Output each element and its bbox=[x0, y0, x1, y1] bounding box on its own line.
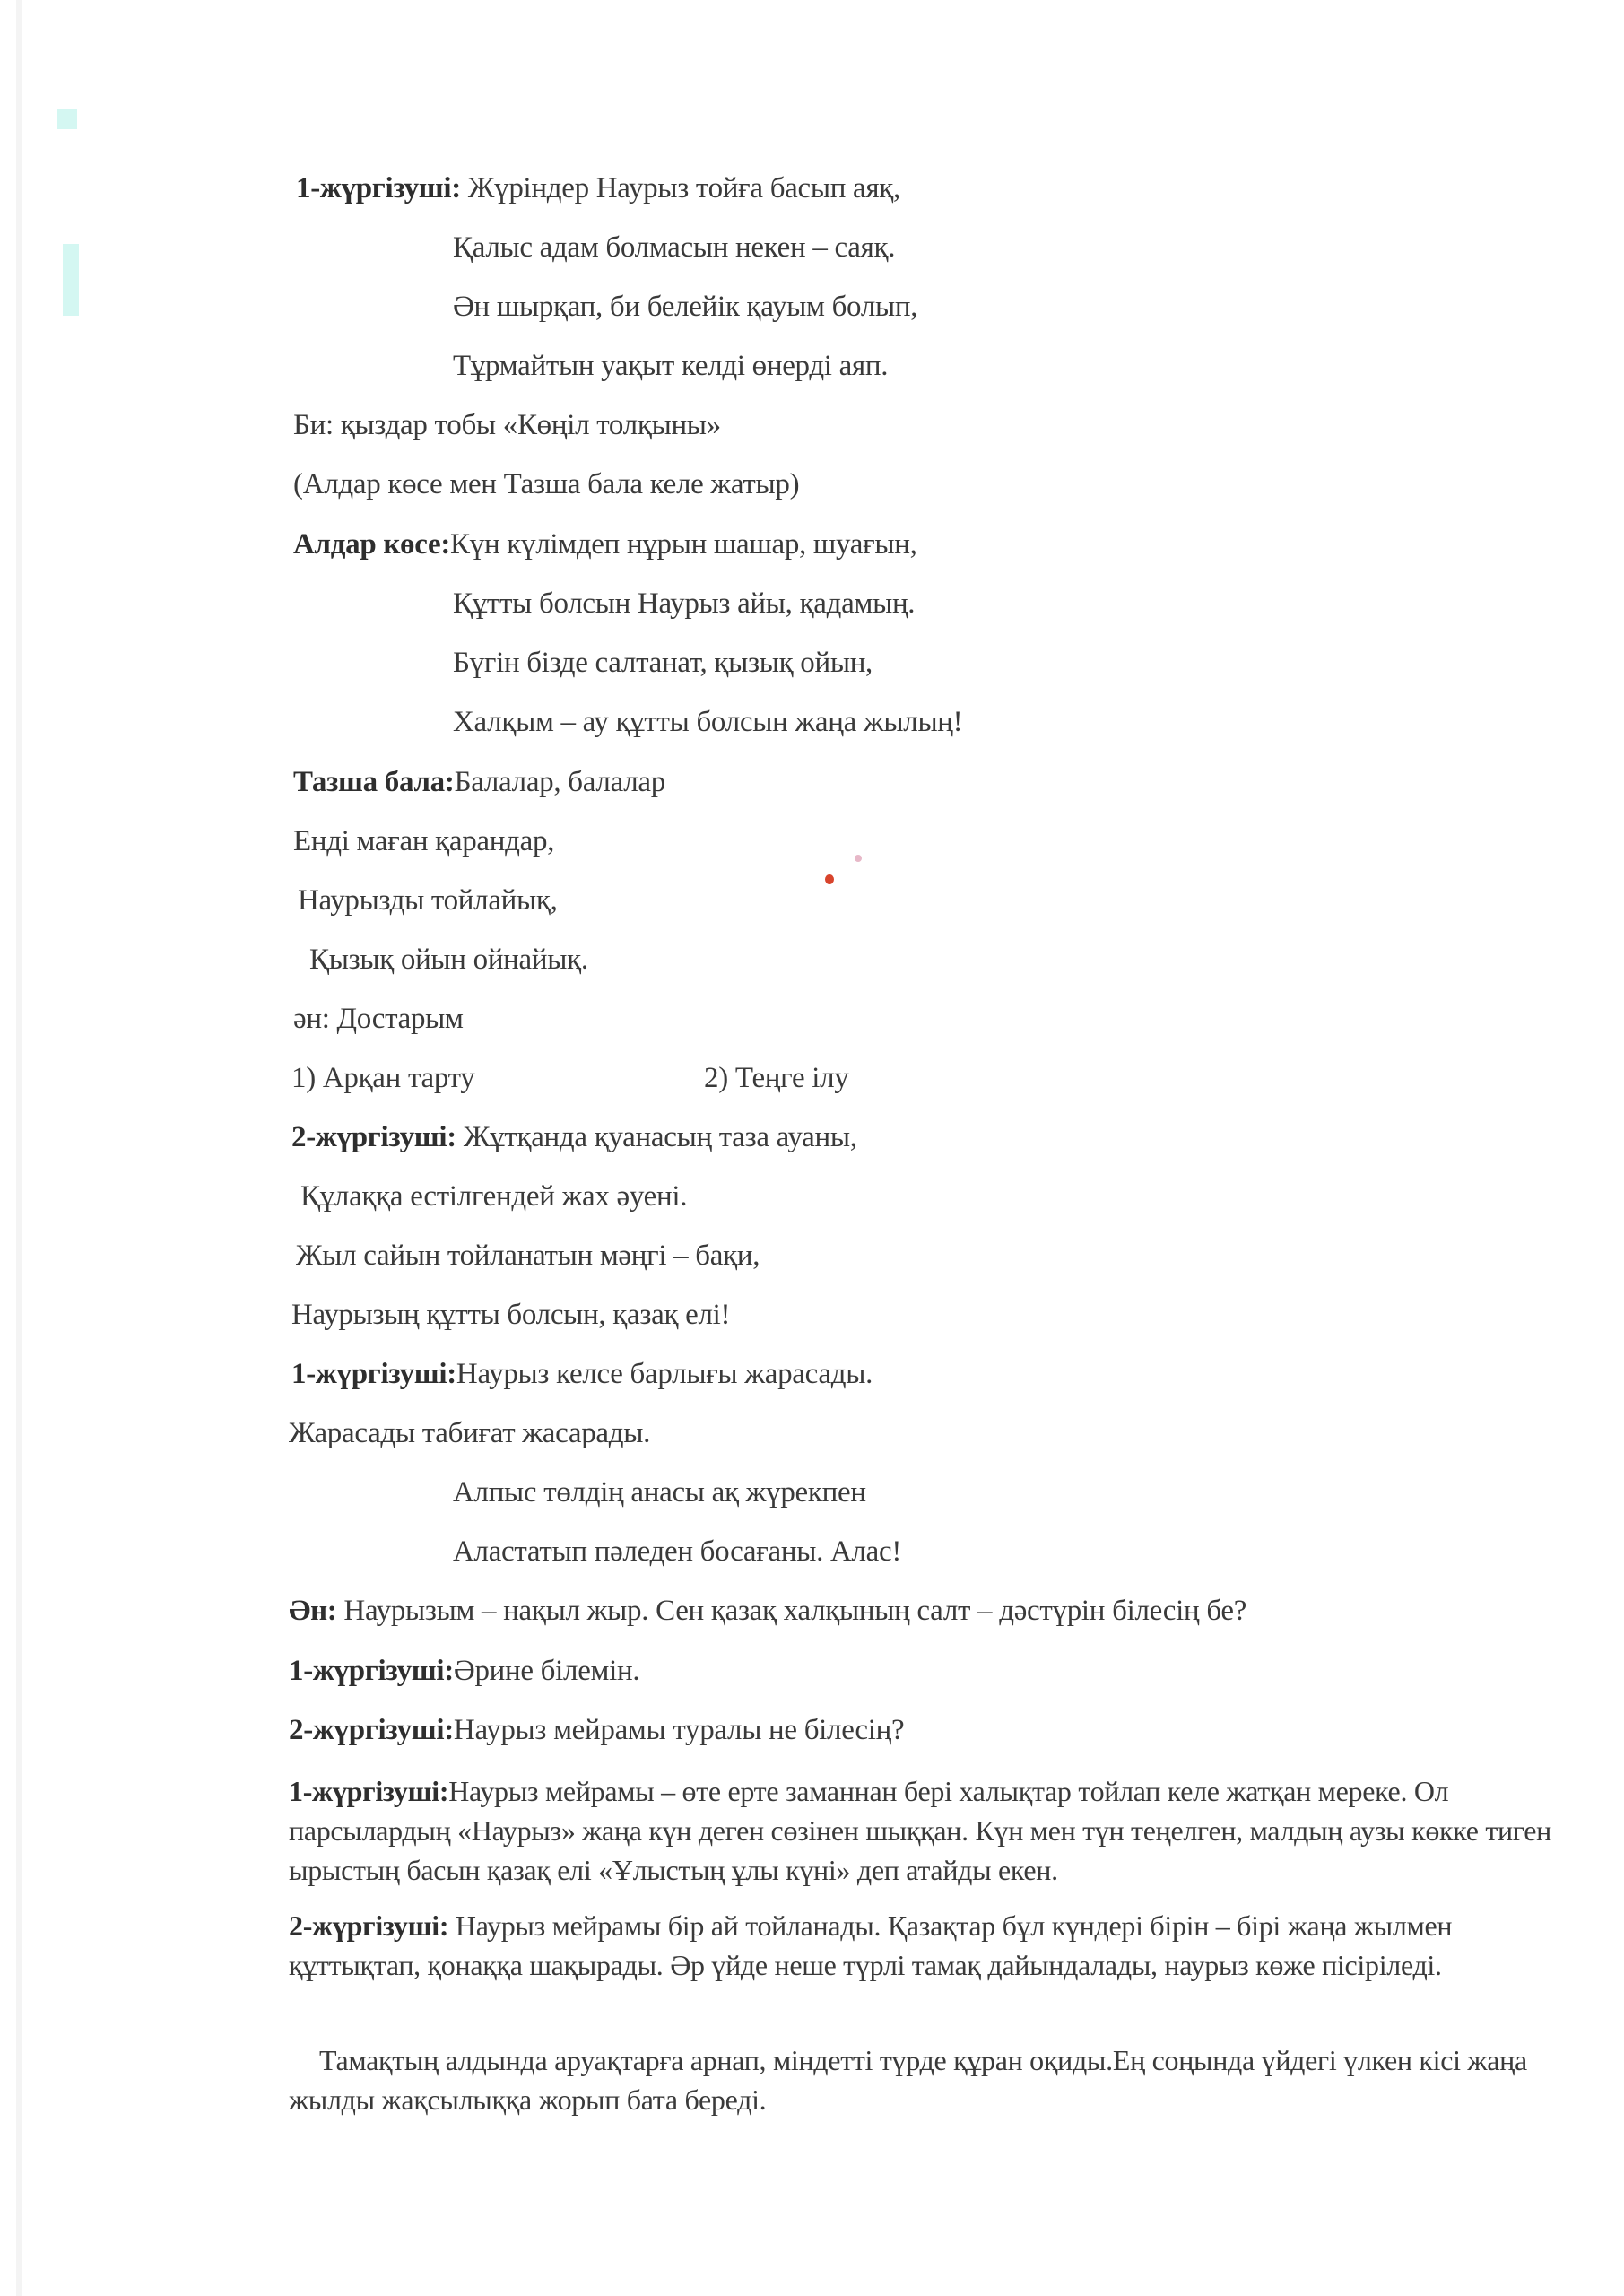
line-text: Наурызың құтты болсын, қазақ елі! bbox=[291, 1299, 730, 1331]
line-text: ән: Достарым bbox=[293, 1003, 464, 1035]
line-text: Наурызым – нақыл жыр. Сен қазақ халқының… bbox=[336, 1595, 1246, 1627]
line-text: Наурызды тойлайық, bbox=[298, 884, 558, 917]
line-text: Әрине білемін. bbox=[454, 1655, 639, 1687]
script-line: Енді маған қарандар, bbox=[293, 823, 554, 859]
speaker-label: Ән: bbox=[289, 1595, 336, 1627]
scan-edge bbox=[16, 0, 22, 2296]
script-line: Алпыс төлдің анасы ақ жүрекпен bbox=[453, 1474, 866, 1510]
script-line: 2-жүргізуші: Жұтқанда қуанасың таза ауан… bbox=[291, 1119, 857, 1155]
script-line: Жыл сайын тойланатын мәңгі – бақи, bbox=[296, 1238, 760, 1274]
line-text: Жыл сайын тойланатын мәңгі – бақи, bbox=[296, 1239, 760, 1272]
line-text: Наурыз келсе барлығы жарасады. bbox=[456, 1358, 873, 1390]
line-text: Жүріндер Наурыз тойға басып аяқ, bbox=[461, 172, 900, 204]
line-text: Жұтқанда қуанасың таза ауаны, bbox=[456, 1121, 857, 1153]
line-text: (Алдар көсе мен Тазша бала келе жатыр) bbox=[293, 468, 799, 500]
line-text: Ән шырқап, би белейік қауым болып, bbox=[453, 291, 917, 323]
line-text: Наурыз мейрамы туралы не білесің? bbox=[454, 1714, 904, 1746]
line-text: Қызық ойын ойнайық. bbox=[309, 944, 588, 976]
line-text: Құлаққа естілгендей жах әуені. bbox=[300, 1180, 687, 1213]
script-line: Бүгін бізде салтанат, қызық ойын, bbox=[453, 645, 873, 681]
speaker-label: 1-жүргізуші: bbox=[289, 1655, 454, 1687]
script-line: Қалыс адам болмасын некен – саяқ. bbox=[453, 230, 895, 265]
paragraph-text: Наурыз мейрамы – өте ерте заманнан бері … bbox=[289, 1775, 1551, 1886]
script-line: 1-жүргізуші: Жүріндер Наурыз тойға басып… bbox=[296, 170, 900, 206]
script-paragraph: 2-жүргізуші: Наурыз мейрамы бір ай тойла… bbox=[289, 1906, 1562, 1985]
script-line: 1-жүргізуші:Әрине білемін. bbox=[289, 1653, 639, 1689]
script-line: Аластатып пәледен босағаны. Алас! bbox=[453, 1534, 901, 1570]
script-line: ән: Достарым bbox=[293, 1001, 464, 1037]
script-line: Құтты болсын Наурыз айы, қадамың. bbox=[453, 586, 915, 622]
paragraph-text: Тамақтың алдында аруақтарға арнап, мінде… bbox=[289, 2044, 1527, 2116]
speaker-label: 2-жүргізуші: bbox=[289, 1909, 448, 1942]
script-paragraph: 1-жүргізуші:Наурыз мейрамы – өте ерте за… bbox=[289, 1771, 1562, 1890]
script-line: Жарасады табиғат жасарады. bbox=[289, 1415, 650, 1451]
script-line: Ән: Наурызым – нақыл жыр. Сен қазақ халқ… bbox=[289, 1593, 1246, 1629]
script-line: Тазша бала:Балалар, балалар bbox=[293, 764, 665, 800]
speaker-label: Тазша бала: bbox=[293, 766, 455, 798]
script-line: Би: қыздар тобы «Көңіл толқыны» bbox=[293, 407, 721, 443]
line-text: Қалыс адам болмасын некен – саяқ. bbox=[453, 231, 895, 264]
script-line: Қызық ойын ойнайық. bbox=[309, 942, 588, 978]
script-paragraph: Тамақтың алдында аруақтарға арнап, мінде… bbox=[289, 2040, 1562, 2119]
speaker-label: 1-жүргізуші: bbox=[296, 172, 461, 204]
scan-artifact bbox=[63, 244, 79, 316]
games-list: 2) Теңге ілу bbox=[704, 1060, 848, 1096]
line-text: Алпыс төлдің анасы ақ жүрекпен bbox=[453, 1476, 866, 1509]
line-text: Енді маған қарандар, bbox=[293, 825, 554, 857]
ink-spot bbox=[855, 855, 862, 862]
script-line: Наурызың құтты болсын, қазақ елі! bbox=[291, 1297, 730, 1333]
line-text: Тұрмайтын уақыт келді өнерді аяп. bbox=[453, 350, 888, 382]
speaker-label: Алдар көсе: bbox=[293, 528, 450, 561]
line-text: Халқым – ау құтты болсын жаңа жылың! bbox=[453, 706, 962, 738]
script-line: Халқым – ау құтты болсын жаңа жылың! bbox=[453, 704, 962, 740]
speaker-label: 1-жүргізуші: bbox=[289, 1775, 448, 1807]
script-line: 1-жүргізуші:Наурыз келсе барлығы жарасад… bbox=[291, 1356, 873, 1392]
ink-spot bbox=[825, 874, 834, 884]
script-line: Тұрмайтын уақыт келді өнерді аяп. bbox=[453, 348, 888, 384]
speaker-label: 2-жүргізуші: bbox=[289, 1714, 454, 1746]
line-text: Құтты болсын Наурыз айы, қадамың. bbox=[453, 587, 915, 620]
line-text: Күн күлімдеп нұрын шашар, шуағын, bbox=[450, 528, 917, 561]
script-line: 2-жүргізуші:Наурыз мейрамы туралы не біл… bbox=[289, 1712, 904, 1748]
paragraph-text: Наурыз мейрамы бір ай тойланады. Қазақта… bbox=[289, 1909, 1452, 1981]
speaker-label: 1-жүргізуші: bbox=[291, 1358, 456, 1390]
script-line: Құлаққа естілгендей жах әуені. bbox=[300, 1178, 687, 1214]
line-text: Балалар, балалар bbox=[455, 766, 665, 798]
speaker-label: 2-жүргізуші: bbox=[291, 1121, 456, 1153]
game-item: 1) Арқан тарту bbox=[291, 1062, 474, 1094]
script-line: Ән шырқап, би белейік қауым болып, bbox=[453, 289, 917, 325]
script-line: Наурызды тойлайық, bbox=[298, 883, 558, 918]
line-text: Би: қыздар тобы «Көңіл толқыны» bbox=[293, 409, 721, 441]
line-text: Жарасады табиғат жасарады. bbox=[289, 1417, 650, 1449]
stage-direction: (Алдар көсе мен Тазша бала келе жатыр) bbox=[293, 466, 799, 502]
scan-artifact bbox=[57, 109, 77, 129]
scanned-page: 1-жүргізуші: Жүріндер Наурыз тойға басып… bbox=[0, 0, 1624, 2296]
line-text: Бүгін бізде салтанат, қызық ойын, bbox=[453, 647, 873, 679]
game-item: 2) Теңге ілу bbox=[704, 1062, 848, 1094]
games-list: 1) Арқан тарту bbox=[291, 1060, 474, 1096]
script-line: Алдар көсе:Күн күлімдеп нұрын шашар, шуа… bbox=[293, 526, 917, 562]
line-text: Аластатып пәледен босағаны. Алас! bbox=[453, 1535, 901, 1568]
